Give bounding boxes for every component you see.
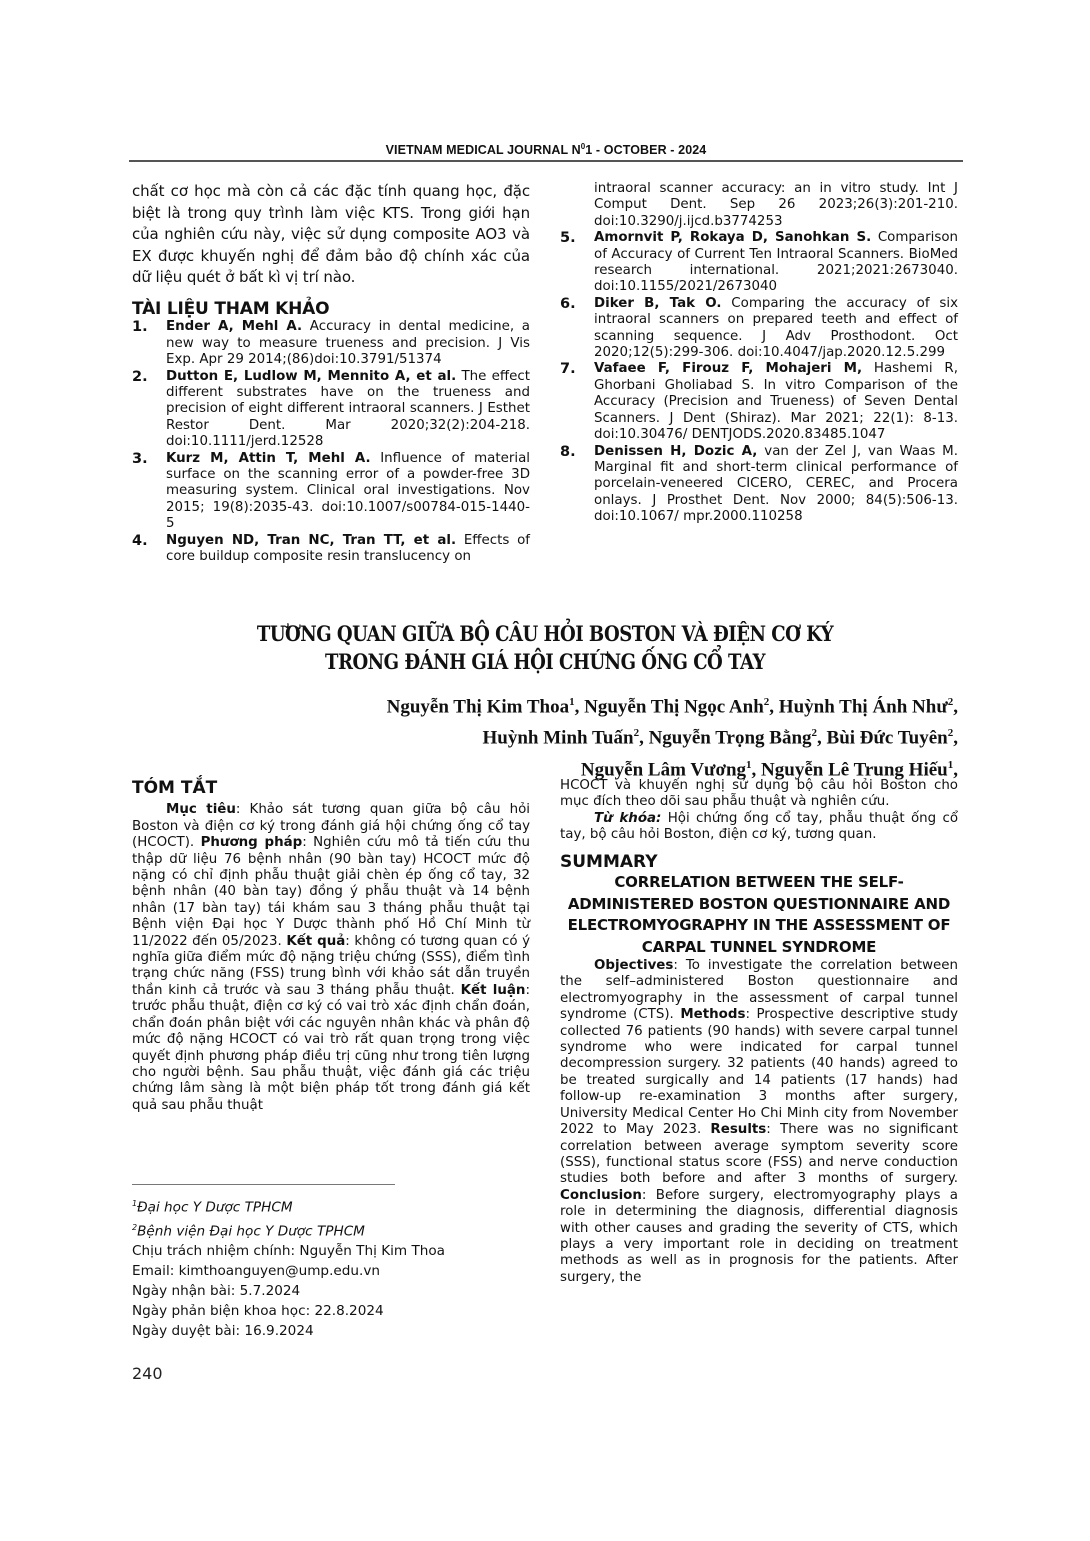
objective-label: Mục tiêu (166, 802, 236, 817)
accepted-date: Ngày duyệt bài: 16.9.2024 (132, 1321, 532, 1341)
results-label: Results (710, 1122, 766, 1137)
reference-authors: Denissen H, Dozic A, (594, 444, 757, 459)
methods-text: : Nghiên cứu mô tả tiến cứu thu thập dữ … (132, 835, 530, 948)
affiliation-text: Bệnh viện Đại học Y Dược TPHCM (137, 1223, 365, 1239)
reference-number: 8. (560, 444, 576, 460)
separator: , (953, 759, 958, 780)
email: Email: kimthoanguyen@ump.edu.vn (132, 1261, 532, 1281)
reference-item: 5.Amornvit P, Rokaya D, Sanohkan S. Comp… (560, 230, 958, 296)
reference-item: 1.Ender A, Mehl A. Accuracy in dental me… (132, 319, 530, 368)
author-name: Nguyễn Thị Kim Thoa (387, 696, 570, 717)
journal-issue: 1 - OCTOBER - 2024 (585, 143, 706, 157)
reference-number: 3. (132, 451, 148, 467)
author-name: Nguyễn Lâm Vương (581, 759, 746, 780)
article-title-line-1: TƯƠNG QUAN GIỮA BỘ CÂU HỎI BOSTON VÀ ĐIỆ… (188, 620, 902, 648)
author-name: Huỳnh Thị Ánh Như (779, 696, 948, 717)
methods-label: Phương pháp (201, 835, 303, 850)
author-line-2: Huỳnh Minh Tuấn2, Nguyễn Trọng Bằng2, Bù… (200, 720, 958, 751)
reference-authors: Kurz M, Attin T, Mehl A. (166, 451, 371, 466)
author-line-1: Nguyễn Thị Kim Thoa1, Nguyễn Thị Ngọc An… (200, 689, 958, 720)
abstract-vi-heading: TÓM TẮT (132, 780, 530, 796)
abstract-vi-continued: HCOCT và khuyến nghị sử dụng bộ câu hỏi … (560, 778, 958, 811)
conclusion-label: Conclusion (560, 1188, 642, 1203)
reference-item: 8.Denissen H, Dozic A, van der Zel J, va… (560, 444, 958, 526)
conclusion-label: Kết luận (461, 983, 526, 998)
results-label: Kết quả (286, 934, 345, 949)
reference-number: 2. (132, 369, 148, 385)
author-name: Nguyễn Trọng Bằng (649, 728, 812, 749)
reference-authors: Nguyen ND, Tran NC, Tran TT, et al. (166, 533, 456, 548)
reference-authors: Amornvit P, Rokaya D, Sanohkan S. (594, 230, 871, 245)
summary-heading: SUMMARY (560, 854, 958, 870)
prev-article-right-column: intraoral scanner accuracy: an in vitro … (560, 181, 958, 526)
journal-page: VIETNAM MEDICAL JOURNAL N01 - OCTOBER - … (0, 0, 1090, 1541)
reference-number: 1. (132, 319, 148, 335)
reference-number: 6. (560, 296, 576, 312)
reference-item: 7.Vafaee F, Firouz F, Mohajeri M, Hashem… (560, 361, 958, 443)
footnotes: 1Đại học Y Dược TPHCM 2Bệnh viện Đại học… (132, 1194, 532, 1341)
author-list: Nguyễn Thị Kim Thoa1, Nguyễn Thị Ngọc An… (200, 689, 958, 783)
abstract-vi-column: TÓM TẮT Mục tiêu: Khảo sát tương quan gi… (132, 780, 530, 1114)
article-title: TƯƠNG QUAN GIỮA BỘ CÂU HỎI BOSTON VÀ ĐIỆ… (188, 620, 902, 676)
reference-text: intraoral scanner accuracy: an in vitro … (594, 181, 958, 229)
footnote-divider (132, 1184, 395, 1185)
methods-text: : Prospective descriptive study collecte… (560, 1007, 958, 1137)
separator: , (769, 696, 779, 717)
corresponding-author: Chịu trách nhiệm chính: Nguyễn Thị Kim T… (132, 1241, 532, 1261)
methods-label: Methods (680, 1007, 745, 1022)
references-list-left: 1.Ender A, Mehl A. Accuracy in dental me… (132, 319, 530, 565)
abstract-right-column: HCOCT và khuyến nghị sử dụng bộ câu hỏi … (560, 778, 958, 1286)
reviewed-date: Ngày phản biện khoa học: 22.8.2024 (132, 1301, 532, 1321)
reference-item: 6.Diker B, Tak O. Comparing the accuracy… (560, 296, 958, 362)
affiliation-2: 2Bệnh viện Đại học Y Dược TPHCM (132, 1218, 532, 1242)
separator: , (639, 728, 649, 749)
references-list-right: intraoral scanner accuracy: an in vitro … (560, 181, 958, 526)
prev-article-left-column: chất cơ học mà còn cả các đặc tính quang… (132, 181, 530, 565)
references-heading: TÀI LIỆU THAM KHẢO (132, 301, 530, 317)
reference-number: 5. (560, 230, 576, 246)
article-title-line-2: TRONG ĐÁNH GIÁ HỘI CHỨNG ỐNG CỔ TAY (188, 648, 902, 676)
reference-number: 4. (132, 533, 148, 549)
separator: , (752, 759, 762, 780)
running-header: VIETNAM MEDICAL JOURNAL N01 - OCTOBER - … (129, 142, 963, 157)
reference-item-continued: intraoral scanner accuracy: an in vitro … (560, 181, 958, 230)
reference-authors: Vafaee F, Firouz F, Mohajeri M, (594, 361, 862, 376)
header-divider (129, 160, 963, 162)
author-name: Nguyễn Thị Ngọc Anh (584, 696, 764, 717)
abstract-en-body: Objectives: To investigate the correlati… (560, 958, 958, 1286)
reference-item: 2.Dutton E, Ludlow M, Mennito A, et al. … (132, 369, 530, 451)
prev-conclusion-text: chất cơ học mà còn cả các đặc tính quang… (132, 181, 530, 289)
separator: , (575, 696, 585, 717)
affiliation-text: Đại học Y Dược TPHCM (137, 1200, 292, 1216)
keywords: Từ khóa: Hội chứng ống cổ tay, phẫu thuậ… (560, 811, 958, 844)
reference-number: 7. (560, 361, 576, 377)
reference-item: 3.Kurz M, Attin T, Mehl A. Influence of … (132, 451, 530, 533)
reference-authors: Diker B, Tak O. (594, 296, 721, 311)
objective-label: Objectives (594, 958, 673, 973)
page-number: 240 (132, 1364, 163, 1383)
affiliation-1: 1Đại học Y Dược TPHCM (132, 1194, 532, 1218)
conclusion-text: : trước phẫu thuật, điện cơ ký có vai tr… (132, 983, 530, 1113)
summary-title: CORRELATION BETWEEN THE SELF-ADMINISTERE… (560, 872, 958, 958)
received-date: Ngày nhận bài: 5.7.2024 (132, 1281, 532, 1301)
separator: , (953, 728, 958, 749)
abstract-vi-body: Mục tiêu: Khảo sát tương quan giữa bộ câ… (132, 802, 530, 1114)
reference-authors: Dutton E, Ludlow M, Mennito A, et al. (166, 369, 456, 384)
reference-item: 4.Nguyen ND, Tran NC, Tran TT, et al. Ef… (132, 533, 530, 566)
separator: , (953, 696, 958, 717)
keywords-label: Từ khóa: (594, 811, 661, 826)
author-name: Huỳnh Minh Tuấn (483, 728, 634, 749)
journal-name: VIETNAM MEDICAL JOURNAL N (386, 143, 581, 157)
author-name: Nguyễn Lê Trung Hiếu (761, 759, 948, 780)
reference-authors: Ender A, Mehl A. (166, 319, 302, 334)
separator: , (817, 728, 827, 749)
author-name: Bùi Đức Tuyên (827, 728, 948, 749)
